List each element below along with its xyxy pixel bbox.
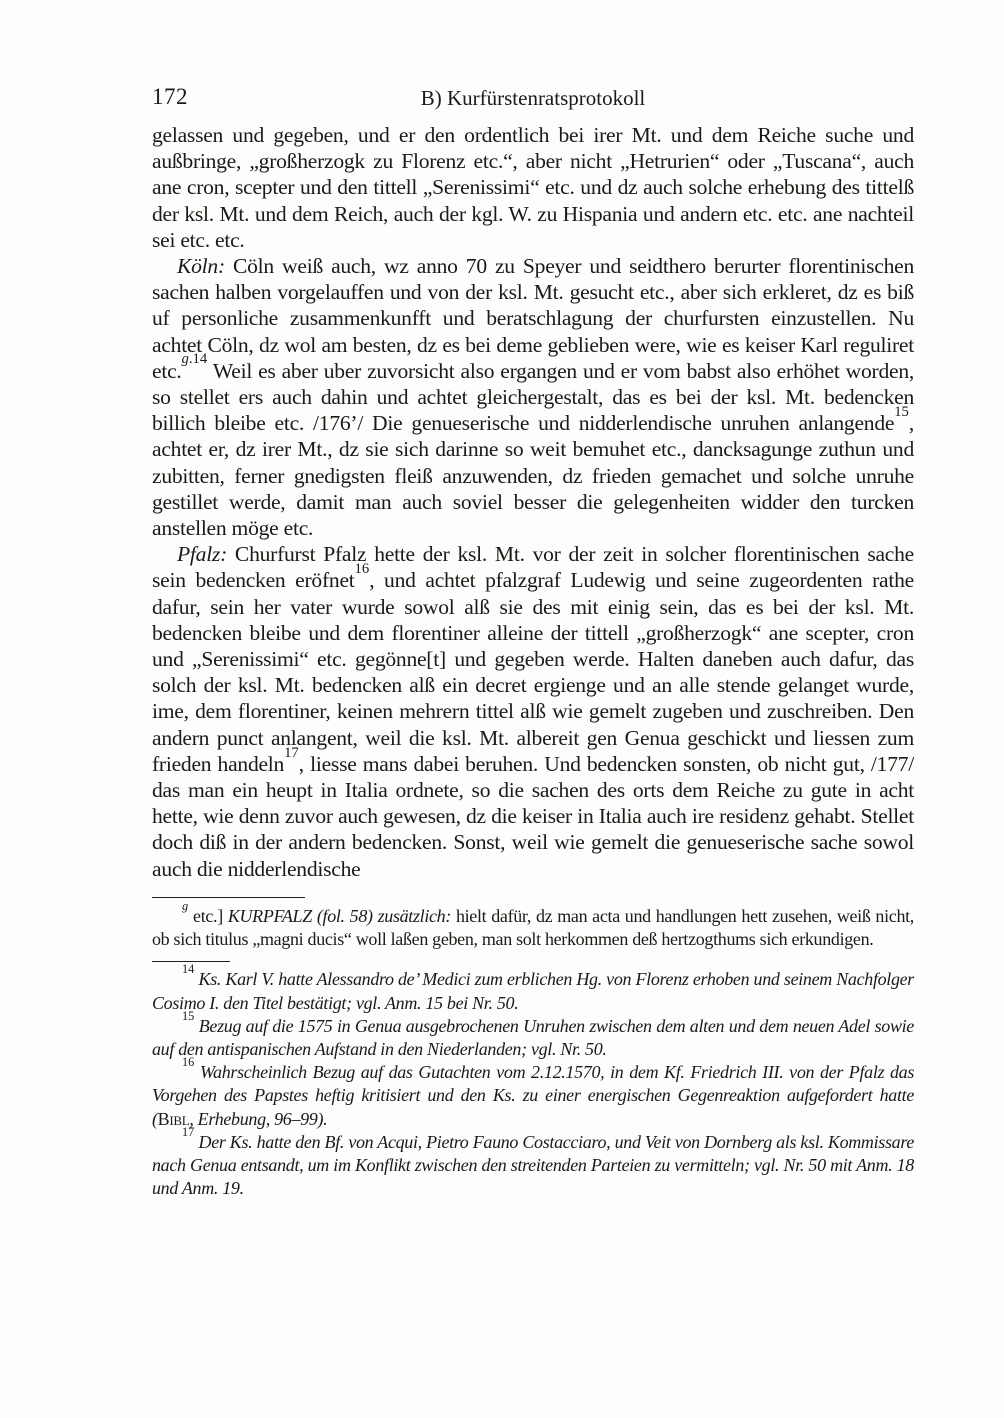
note-marker: g — [182, 899, 188, 913]
text-segment: Der Ks. hatte den Bf. von Acqui, Pietro … — [152, 1132, 914, 1198]
text-segment: , und achtet pfalzgraf Ludewig und seine… — [152, 568, 914, 775]
footnote-number: 17 — [182, 1125, 194, 1139]
book-page: 172 B) Kurfürstenratsprotokoll gelassen … — [0, 0, 1004, 1418]
note-marker: 17 — [284, 745, 299, 761]
note-marker: 15 — [894, 404, 909, 420]
footnote: 16 Wahrscheinlich Bezug auf das Gutachte… — [152, 1061, 914, 1131]
text-segment: etc.] — [188, 906, 228, 926]
text-segment: Köln: — [177, 254, 225, 278]
apparatus-note: g etc.] KURPFALZ (fol. 58) zusätzlich: h… — [152, 905, 914, 951]
note-marker: .14 — [189, 351, 207, 367]
footnote: 17 Der Ks. hatte den Bf. von Acqui, Piet… — [152, 1131, 914, 1201]
paragraph: Pfalz: Churfurst Pfalz hette der ksl. Mt… — [152, 541, 914, 882]
paragraph: gelassen und gegeben, und er den ordentl… — [152, 122, 914, 253]
footnote: 14 Ks. Karl V. hatte Alessandro de’ Medi… — [152, 968, 914, 1014]
apparatus-separator-rule — [152, 897, 305, 898]
page-header: 172 B) Kurfürstenratsprotokoll — [152, 84, 914, 110]
note-marker: 16 — [355, 561, 370, 577]
running-title: B) Kurfürstenratsprotokoll — [152, 86, 914, 110]
text-segment: Pfalz: — [177, 542, 227, 566]
text-segment: Weil es aber uber zuvorsicht also ergang… — [152, 359, 914, 435]
text-segment: Bezug auf die 1575 in Genua ausgebrochen… — [152, 1016, 914, 1059]
footnote: 15 Bezug auf die 1575 in Genua ausgebroc… — [152, 1015, 914, 1061]
footnote-number: 15 — [182, 1009, 194, 1023]
paragraph: Köln: Cöln weiß auch, wz anno 70 zu Spey… — [152, 253, 914, 541]
body-paragraphs: gelassen und gegeben, und er den ordentl… — [152, 122, 914, 882]
footnote-list: 14 Ks. Karl V. hatte Alessandro de’ Medi… — [152, 968, 914, 1200]
text-segment: , Erhebung, 96–99). — [189, 1109, 327, 1129]
text-column: 172 B) Kurfürstenratsprotokoll gelassen … — [152, 84, 914, 1200]
text-segment: gelassen und gegeben, und er den ordentl… — [152, 123, 914, 252]
footnote-number: 14 — [182, 962, 194, 976]
text-segment: Ks. Karl V. hatte Alessandro de’ Medici … — [152, 969, 914, 1012]
note-marker: g — [182, 351, 189, 367]
text-segment: KURPFALZ (fol. 58) zusätzlich: — [228, 906, 451, 926]
footnote-number: 16 — [182, 1055, 194, 1069]
